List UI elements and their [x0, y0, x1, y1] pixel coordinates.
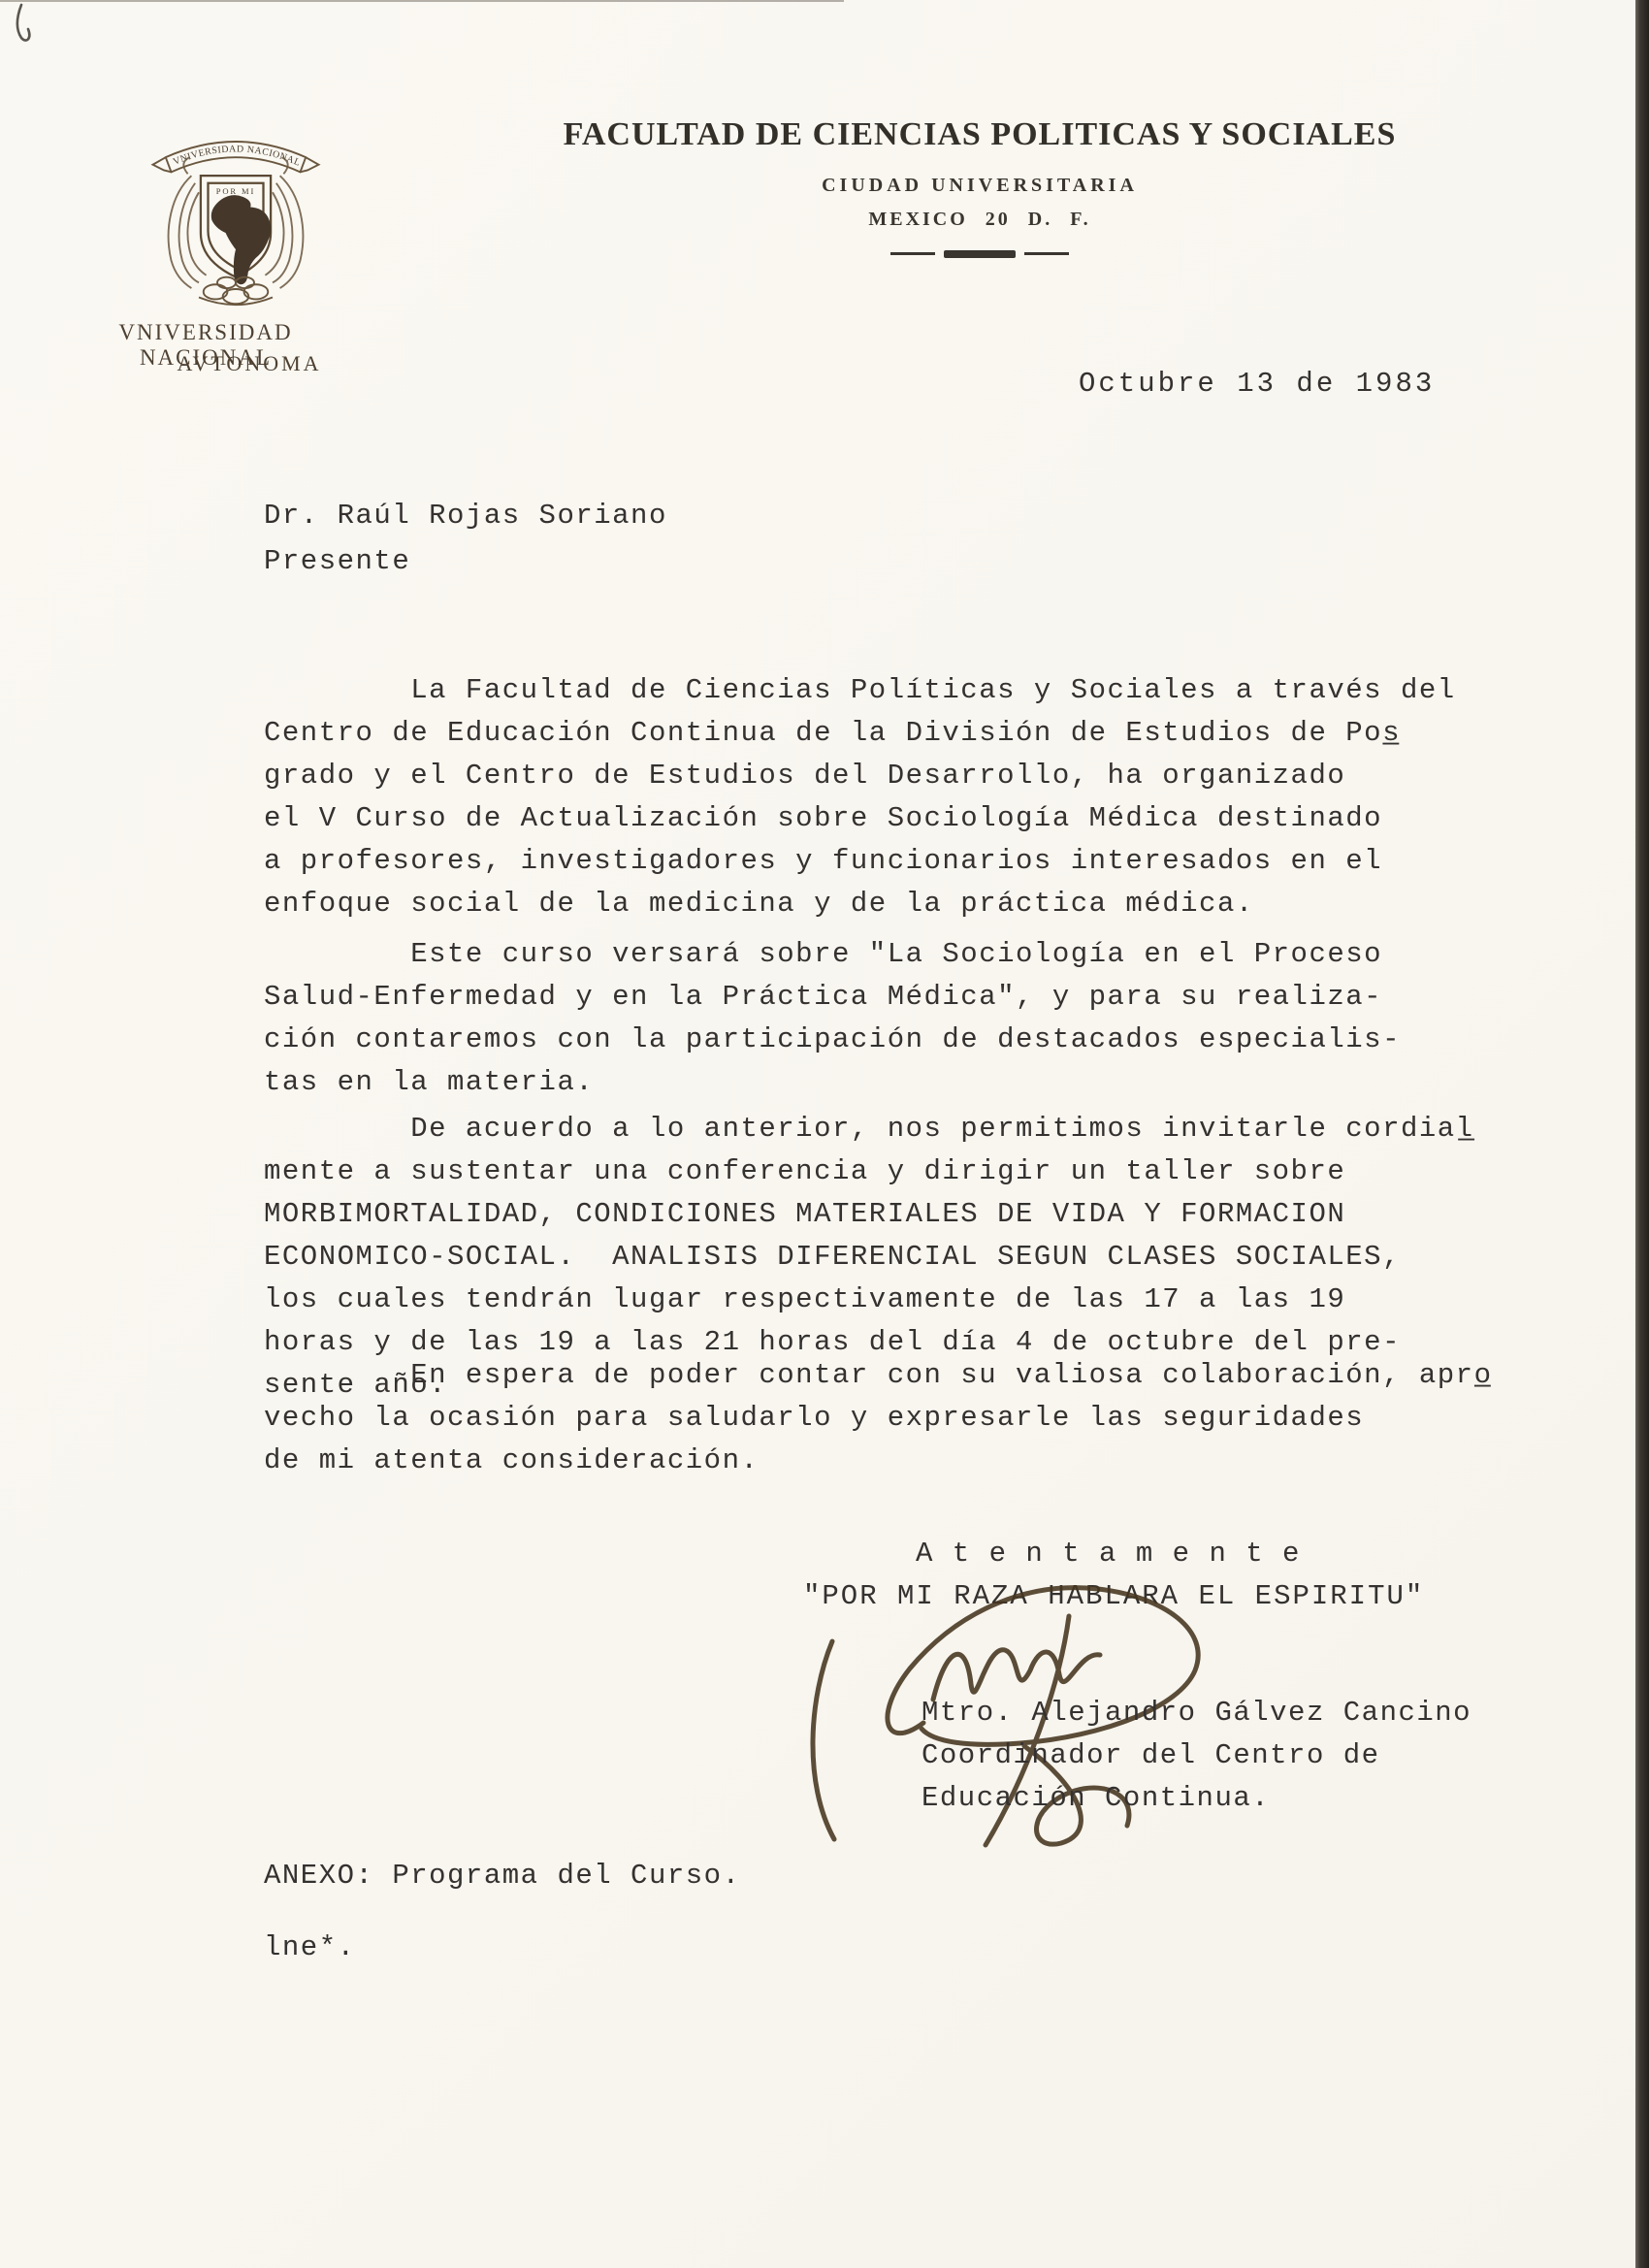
recipient-block: Dr. Raúl Rojas SorianoPresente [264, 493, 667, 584]
signer-block: Mtro. Alejandro Gálvez Cancino Coordinad… [921, 1692, 1471, 1820]
pen-mark-icon [6, 2, 45, 53]
letter-page: VNIVERSIDAD NACIONAL D MEXICO POR MI [0, 0, 1649, 2268]
unam-logo: VNIVERSIDAD NACIONAL D MEXICO POR MI [144, 114, 328, 321]
paragraph-2: Este curso versará sobre "La Sociología … [264, 933, 1401, 1104]
recipient-name: Dr. Raúl Rojas Soriano [264, 500, 667, 532]
header-subtitle-mexico: MEXICO 20 D. F. [495, 209, 1465, 231]
logo-caption-line2: AVTONOMA [167, 351, 332, 376]
latin-america-silhouette [211, 195, 272, 284]
header-subtitle-city: CIUDAD UNIVERSITARIA [495, 175, 1465, 197]
typist-initials: lne*. [264, 1927, 356, 1969]
scan-right-edge [1635, 0, 1649, 2268]
recipient-salutation: Presente [264, 545, 410, 577]
paragraph-1: La Facultad de Ciencias Políticas y Soci… [264, 669, 1456, 925]
shield-motto-text: POR MI [216, 186, 256, 196]
scan-top-edge [0, 0, 844, 2]
paragraph-4: En espera de poder contar con su valiosa… [264, 1354, 1493, 1482]
faculty-title: FACULTAD DE CIENCIAS POLITICAS Y SOCIALE… [495, 116, 1465, 153]
anexo-line: ANEXO: Programa del Curso. [264, 1855, 740, 1897]
header-divider [495, 245, 1465, 263]
date-line: Octubre 13 de 1983 [1079, 363, 1435, 405]
